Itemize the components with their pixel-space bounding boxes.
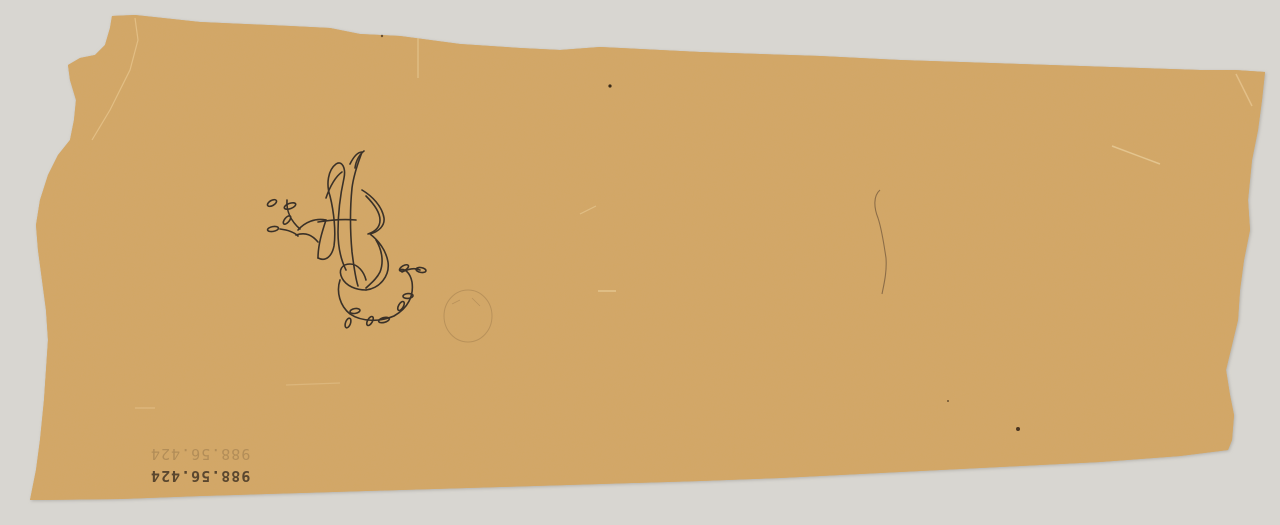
accession-number-faint: 988.56.424 <box>150 445 250 463</box>
accession-number: 988.56.424 <box>150 467 250 485</box>
speck <box>1016 427 1020 431</box>
speck <box>608 84 611 87</box>
image-stage: 988.56.424 988.56.424 <box>0 0 1280 525</box>
